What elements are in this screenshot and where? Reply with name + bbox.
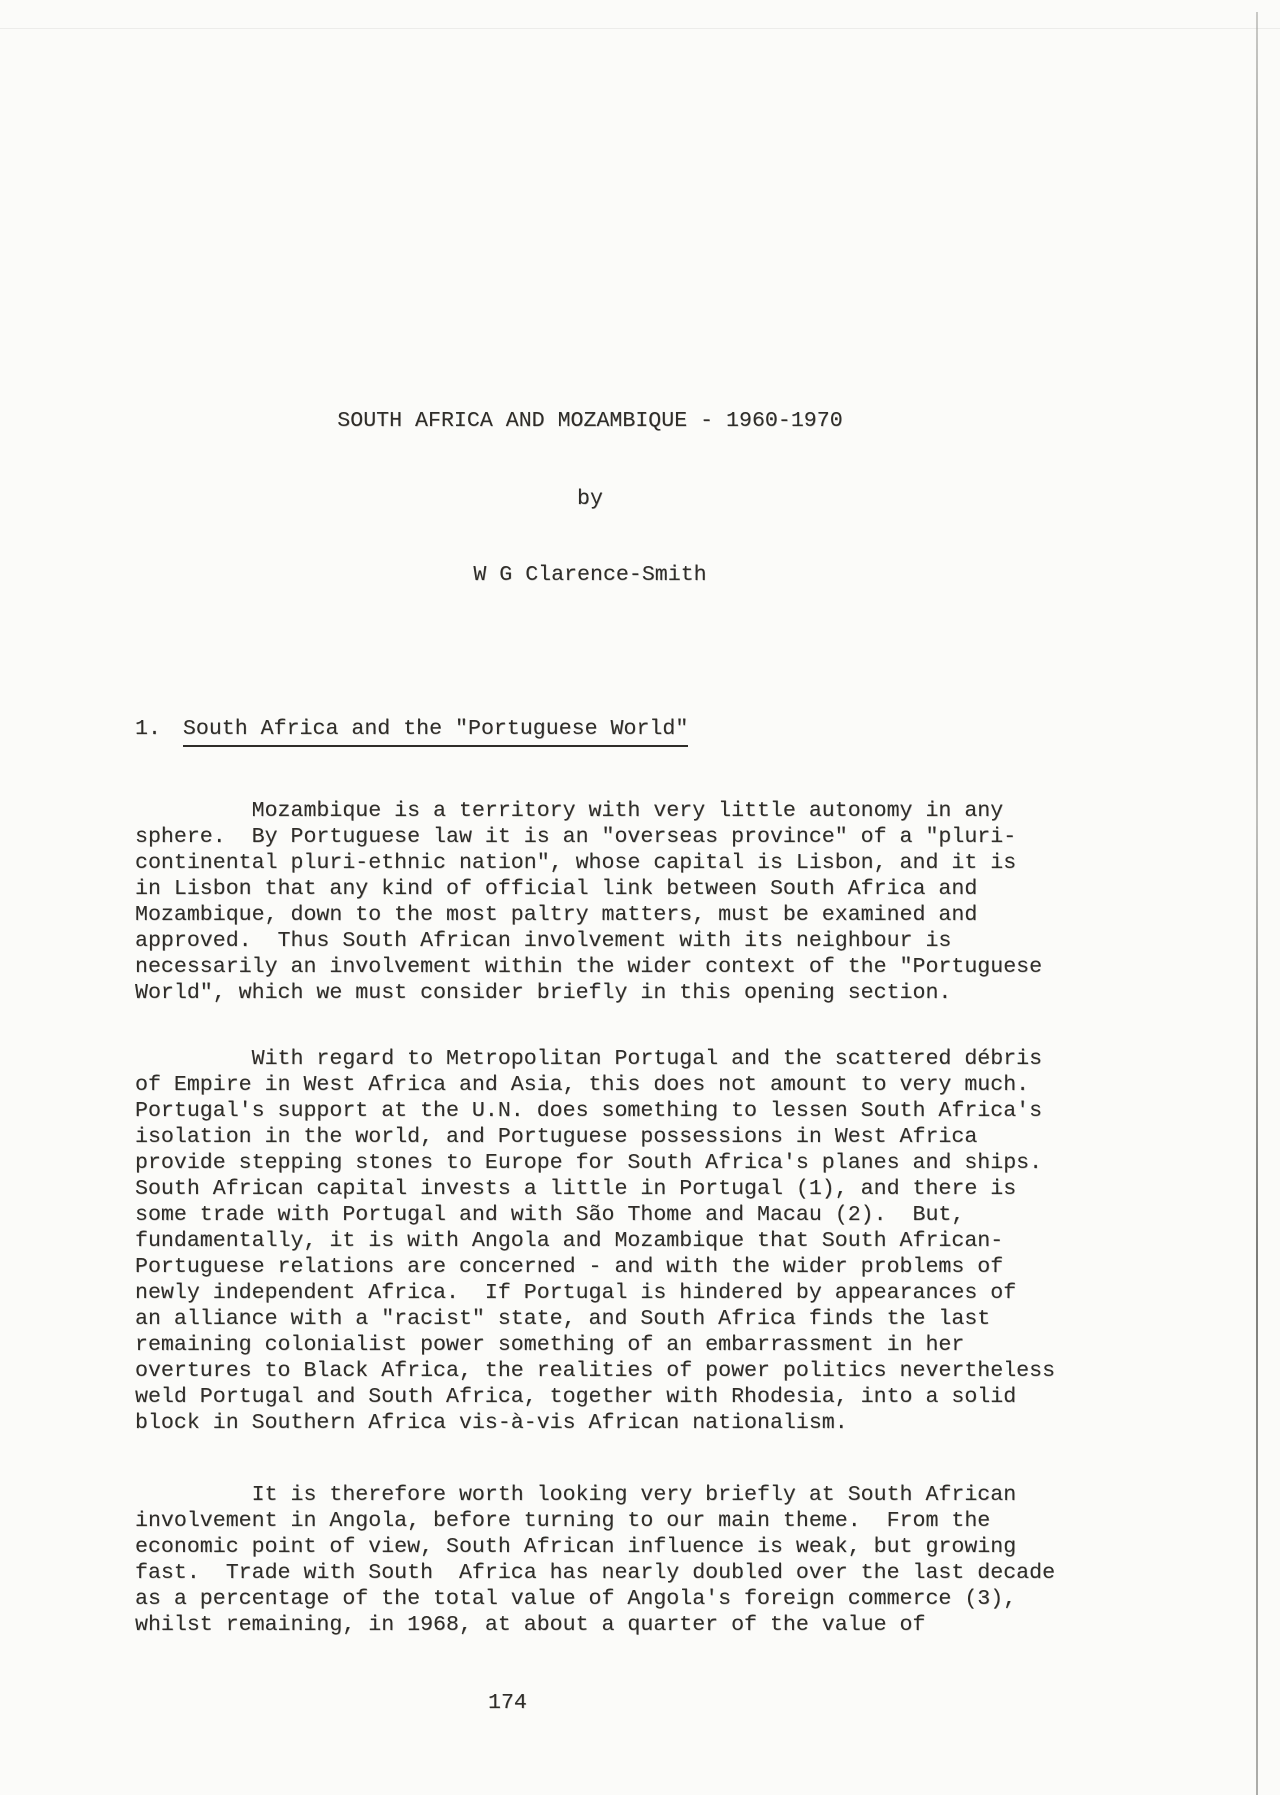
text-line: block in Southern Africa vis-à-vis Afric…	[135, 1410, 1055, 1436]
text-line: economic point of view, South African in…	[135, 1534, 1055, 1560]
text-line: fast. Trade with South Africa has nearly…	[135, 1560, 1055, 1586]
text-line: some trade with Portugal and with São Th…	[135, 1202, 1055, 1228]
text-line: approved. Thus South African involvement…	[135, 928, 1042, 954]
paragraph-1: Mozambique is a territory with very litt…	[135, 798, 1042, 1006]
text-line: provide stepping stones to Europe for So…	[135, 1150, 1055, 1176]
text-line: necessarily an involvement within the wi…	[135, 954, 1042, 980]
text-line: fundamentally, it is with Angola and Moz…	[135, 1228, 1055, 1254]
text-line: World", which we must consider briefly i…	[135, 980, 1042, 1006]
text-line: Portugal's support at the U.N. does some…	[135, 1098, 1055, 1124]
paragraph-3: It is therefore worth looking very brief…	[135, 1482, 1055, 1638]
scanned-document-page: SOUTH AFRICA AND MOZAMBIQUE - 1960-1970 …	[0, 0, 1280, 1795]
text-line: With regard to Metropolitan Portugal and…	[135, 1046, 1055, 1072]
text-line: isolation in the world, and Portuguese p…	[135, 1124, 1055, 1150]
text-line: newly independent Africa. If Portugal is…	[135, 1280, 1055, 1306]
text-line: as a percentage of the total value of An…	[135, 1586, 1055, 1612]
text-line: whilst remaining, in 1968, at about a qu…	[135, 1612, 1055, 1638]
scan-artifact-right-edge-line	[1256, 12, 1258, 1795]
text-line: an alliance with a "racist" state, and S…	[135, 1306, 1055, 1332]
paragraph-2: With regard to Metropolitan Portugal and…	[135, 1046, 1055, 1436]
section-number: 1.	[135, 717, 161, 741]
text-line: in Lisbon that any kind of official link…	[135, 876, 1042, 902]
byline: by	[135, 486, 1045, 512]
text-line: It is therefore worth looking very brief…	[135, 1482, 1055, 1508]
text-line: Mozambique is a territory with very litt…	[135, 798, 1042, 824]
scan-artifact-top-line	[0, 28, 1280, 29]
text-line: involvement in Angola, before turning to…	[135, 1508, 1055, 1534]
text-line: of Empire in West Africa and Asia, this …	[135, 1072, 1055, 1098]
document-title: SOUTH AFRICA AND MOZAMBIQUE - 1960-1970	[135, 408, 1045, 434]
author-name: W G Clarence-Smith	[135, 562, 1045, 588]
page-number: 174	[488, 1690, 527, 1716]
text-line: overtures to Black Africa, the realities…	[135, 1358, 1055, 1384]
text-line: Portuguese relations are concerned - and…	[135, 1254, 1055, 1280]
text-line: continental pluri-ethnic nation", whose …	[135, 850, 1042, 876]
text-line: South African capital invests a little i…	[135, 1176, 1055, 1202]
text-line: remaining colonialist power something of…	[135, 1332, 1055, 1358]
text-line: weld Portugal and South Africa, together…	[135, 1384, 1055, 1410]
text-line: sphere. By Portuguese law it is an "over…	[135, 824, 1042, 850]
section-heading: 1.South Africa and the "Portuguese World…	[135, 716, 688, 747]
section-heading-text: South Africa and the "Portuguese World"	[183, 716, 688, 747]
text-line: Mozambique, down to the most paltry matt…	[135, 902, 1042, 928]
